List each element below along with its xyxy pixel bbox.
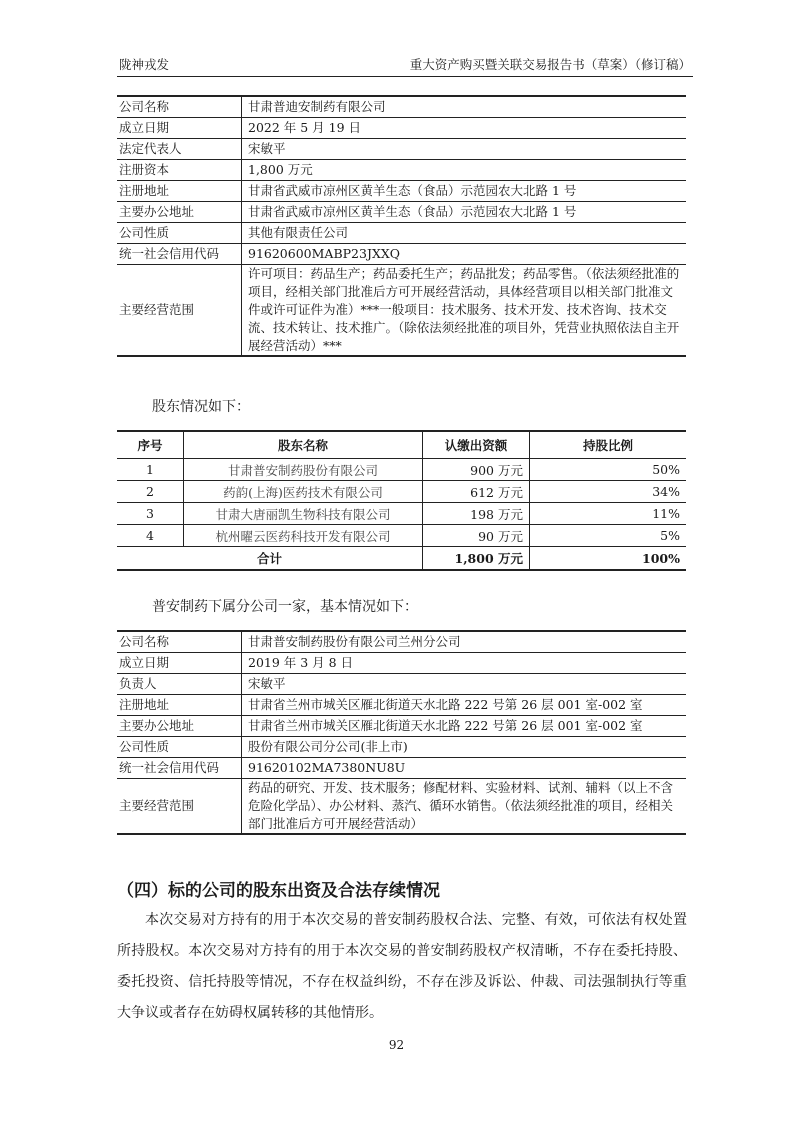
table-row: 主要办公地址甘肃省武威市凉州区黄羊生态（食品）示范园农大北路 1 号 <box>117 202 686 223</box>
shareholder-table: 序号 股东名称 认缴出资额 持股比例 1甘肃普安制药股份有限公司900 万元50… <box>117 430 686 571</box>
row-value: 许可项目：药品生产；药品委托生产；药品批发；药品零售。（依法须经批准的项目，经相… <box>242 265 687 357</box>
cell-name: 甘肃大唐丽凯生物科技有限公司 <box>184 503 423 525</box>
header-doc-title: 重大资产购买暨关联交易报告书（草案）（修订稿） <box>410 55 691 73</box>
row-value: 91620600MABP23JXXQ <box>242 244 687 265</box>
row-label: 成立日期 <box>117 653 242 674</box>
col-header-name: 股东名称 <box>184 431 423 459</box>
cell-no: 2 <box>117 481 184 503</box>
cell-ratio: 5% <box>530 525 687 547</box>
table-row: 法定代表人宋敏平 <box>117 139 686 160</box>
row-value: 其他有限责任公司 <box>242 223 687 244</box>
row-value: 股份有限公司分公司(非上市) <box>242 737 687 758</box>
table-total-row: 合计 1,800 万元 100% <box>117 547 686 571</box>
row-value: 药品的研究、开发、技术服务；修配材料、实验材料、试剂、辅料（以上不含危险化学品）… <box>242 779 687 835</box>
branch-info-table: 公司名称甘肃普安制药股份有限公司兰州分公司 成立日期2019 年 3 月 8 日… <box>117 630 686 835</box>
row-label: 公司性质 <box>117 223 242 244</box>
table-row: 统一社会信用代码91620600MABP23JXXQ <box>117 244 686 265</box>
row-label: 主要经营范围 <box>117 779 242 835</box>
body-paragraph: 本次交易对方持有的用于本次交易的普安制药股权合法、完整、有效，可依法有权处置所持… <box>117 905 687 1029</box>
row-label: 主要经营范围 <box>117 265 242 357</box>
cell-no: 1 <box>117 459 184 481</box>
cell-ratio: 11% <box>530 503 687 525</box>
cell-no: 3 <box>117 503 184 525</box>
table-row: 2药韵(上海)医药技术有限公司612 万元34% <box>117 481 686 503</box>
table-row: 公司性质其他有限责任公司 <box>117 223 686 244</box>
row-label: 注册地址 <box>117 181 242 202</box>
table-row: 负责人宋敏平 <box>117 674 686 695</box>
row-label: 统一社会信用代码 <box>117 758 242 779</box>
row-label: 注册资本 <box>117 160 242 181</box>
cell-ratio: 50% <box>530 459 687 481</box>
row-value: 甘肃省武威市凉州区黄羊生态（食品）示范园农大北路 1 号 <box>242 181 687 202</box>
table-row: 注册资本1,800 万元 <box>117 160 686 181</box>
col-header-no: 序号 <box>117 431 184 459</box>
row-value: 1,800 万元 <box>242 160 687 181</box>
row-label: 成立日期 <box>117 118 242 139</box>
row-label: 主要办公地址 <box>117 202 242 223</box>
company-info-table: 公司名称甘肃普迪安制药有限公司 成立日期2022 年 5 月 19 日 法定代表… <box>117 95 686 357</box>
cell-name: 甘肃普安制药股份有限公司 <box>184 459 423 481</box>
total-ratio: 100% <box>530 547 687 571</box>
row-label: 公司性质 <box>117 737 242 758</box>
table-row: 成立日期2019 年 3 月 8 日 <box>117 653 686 674</box>
table-row: 注册地址甘肃省武威市凉州区黄羊生态（食品）示范园农大北路 1 号 <box>117 181 686 202</box>
row-label: 法定代表人 <box>117 139 242 160</box>
row-value: 宋敏平 <box>242 674 687 695</box>
cell-amount: 900 万元 <box>423 459 530 481</box>
row-label: 负责人 <box>117 674 242 695</box>
section-body: 本次交易对方持有的用于本次交易的普安制药股权合法、完整、有效，可依法有权处置所持… <box>117 905 687 1029</box>
row-value: 2019 年 3 月 8 日 <box>242 653 687 674</box>
table-row: 成立日期2022 年 5 月 19 日 <box>117 118 686 139</box>
total-label: 合计 <box>117 547 423 571</box>
row-label: 公司名称 <box>117 631 242 653</box>
row-value: 宋敏平 <box>242 139 687 160</box>
row-value: 甘肃普安制药股份有限公司兰州分公司 <box>242 631 687 653</box>
section-heading: （四）标的公司的股东出资及合法存续情况 <box>117 876 440 901</box>
row-label: 统一社会信用代码 <box>117 244 242 265</box>
cell-name: 杭州曜云医药科技开发有限公司 <box>184 525 423 547</box>
row-value: 91620102MA7380NU8U <box>242 758 687 779</box>
table-row: 主要办公地址甘肃省兰州市城关区雁北街道天水北路 222 号第 26 层 001 … <box>117 716 686 737</box>
table-row: 3甘肃大唐丽凯生物科技有限公司198 万元11% <box>117 503 686 525</box>
col-header-amount: 认缴出资额 <box>423 431 530 459</box>
row-label: 注册地址 <box>117 695 242 716</box>
cell-amount: 90 万元 <box>423 525 530 547</box>
row-value: 甘肃省兰州市城关区雁北街道天水北路 222 号第 26 层 001 室-002 … <box>242 695 687 716</box>
cell-name: 药韵(上海)医药技术有限公司 <box>184 481 423 503</box>
branch-intro: 普安制药下属分公司一家，基本情况如下： <box>152 596 418 616</box>
page-number: 92 <box>0 1038 793 1052</box>
total-amount: 1,800 万元 <box>423 547 530 571</box>
table-row: 公司性质股份有限公司分公司(非上市) <box>117 737 686 758</box>
page-header: 陇神戎发 重大资产购买暨关联交易报告书（草案）（修订稿） <box>117 52 693 77</box>
row-value: 甘肃省兰州市城关区雁北街道天水北路 222 号第 26 层 001 室-002 … <box>242 716 687 737</box>
cell-amount: 612 万元 <box>423 481 530 503</box>
table-row: 公司名称甘肃普迪安制药有限公司 <box>117 96 686 118</box>
row-value: 2022 年 5 月 19 日 <box>242 118 687 139</box>
table-row: 主要经营范围许可项目：药品生产；药品委托生产；药品批发；药品零售。（依法须经批准… <box>117 265 686 357</box>
row-value: 甘肃省武威市凉州区黄羊生态（食品）示范园农大北路 1 号 <box>242 202 687 223</box>
shareholder-intro: 股东情况如下： <box>152 396 250 416</box>
row-value: 甘肃普迪安制药有限公司 <box>242 96 687 118</box>
table-header-row: 序号 股东名称 认缴出资额 持股比例 <box>117 431 686 459</box>
cell-amount: 198 万元 <box>423 503 530 525</box>
row-label: 公司名称 <box>117 96 242 118</box>
cell-no: 4 <box>117 525 184 547</box>
table-row: 公司名称甘肃普安制药股份有限公司兰州分公司 <box>117 631 686 653</box>
table-row: 主要经营范围药品的研究、开发、技术服务；修配材料、实验材料、试剂、辅料（以上不含… <box>117 779 686 835</box>
col-header-ratio: 持股比例 <box>530 431 687 459</box>
table-row: 注册地址甘肃省兰州市城关区雁北街道天水北路 222 号第 26 层 001 室-… <box>117 695 686 716</box>
header-company: 陇神戎发 <box>119 55 169 73</box>
table-row: 4杭州曜云医药科技开发有限公司90 万元5% <box>117 525 686 547</box>
table-row: 1甘肃普安制药股份有限公司900 万元50% <box>117 459 686 481</box>
row-label: 主要办公地址 <box>117 716 242 737</box>
cell-ratio: 34% <box>530 481 687 503</box>
table-row: 统一社会信用代码91620102MA7380NU8U <box>117 758 686 779</box>
